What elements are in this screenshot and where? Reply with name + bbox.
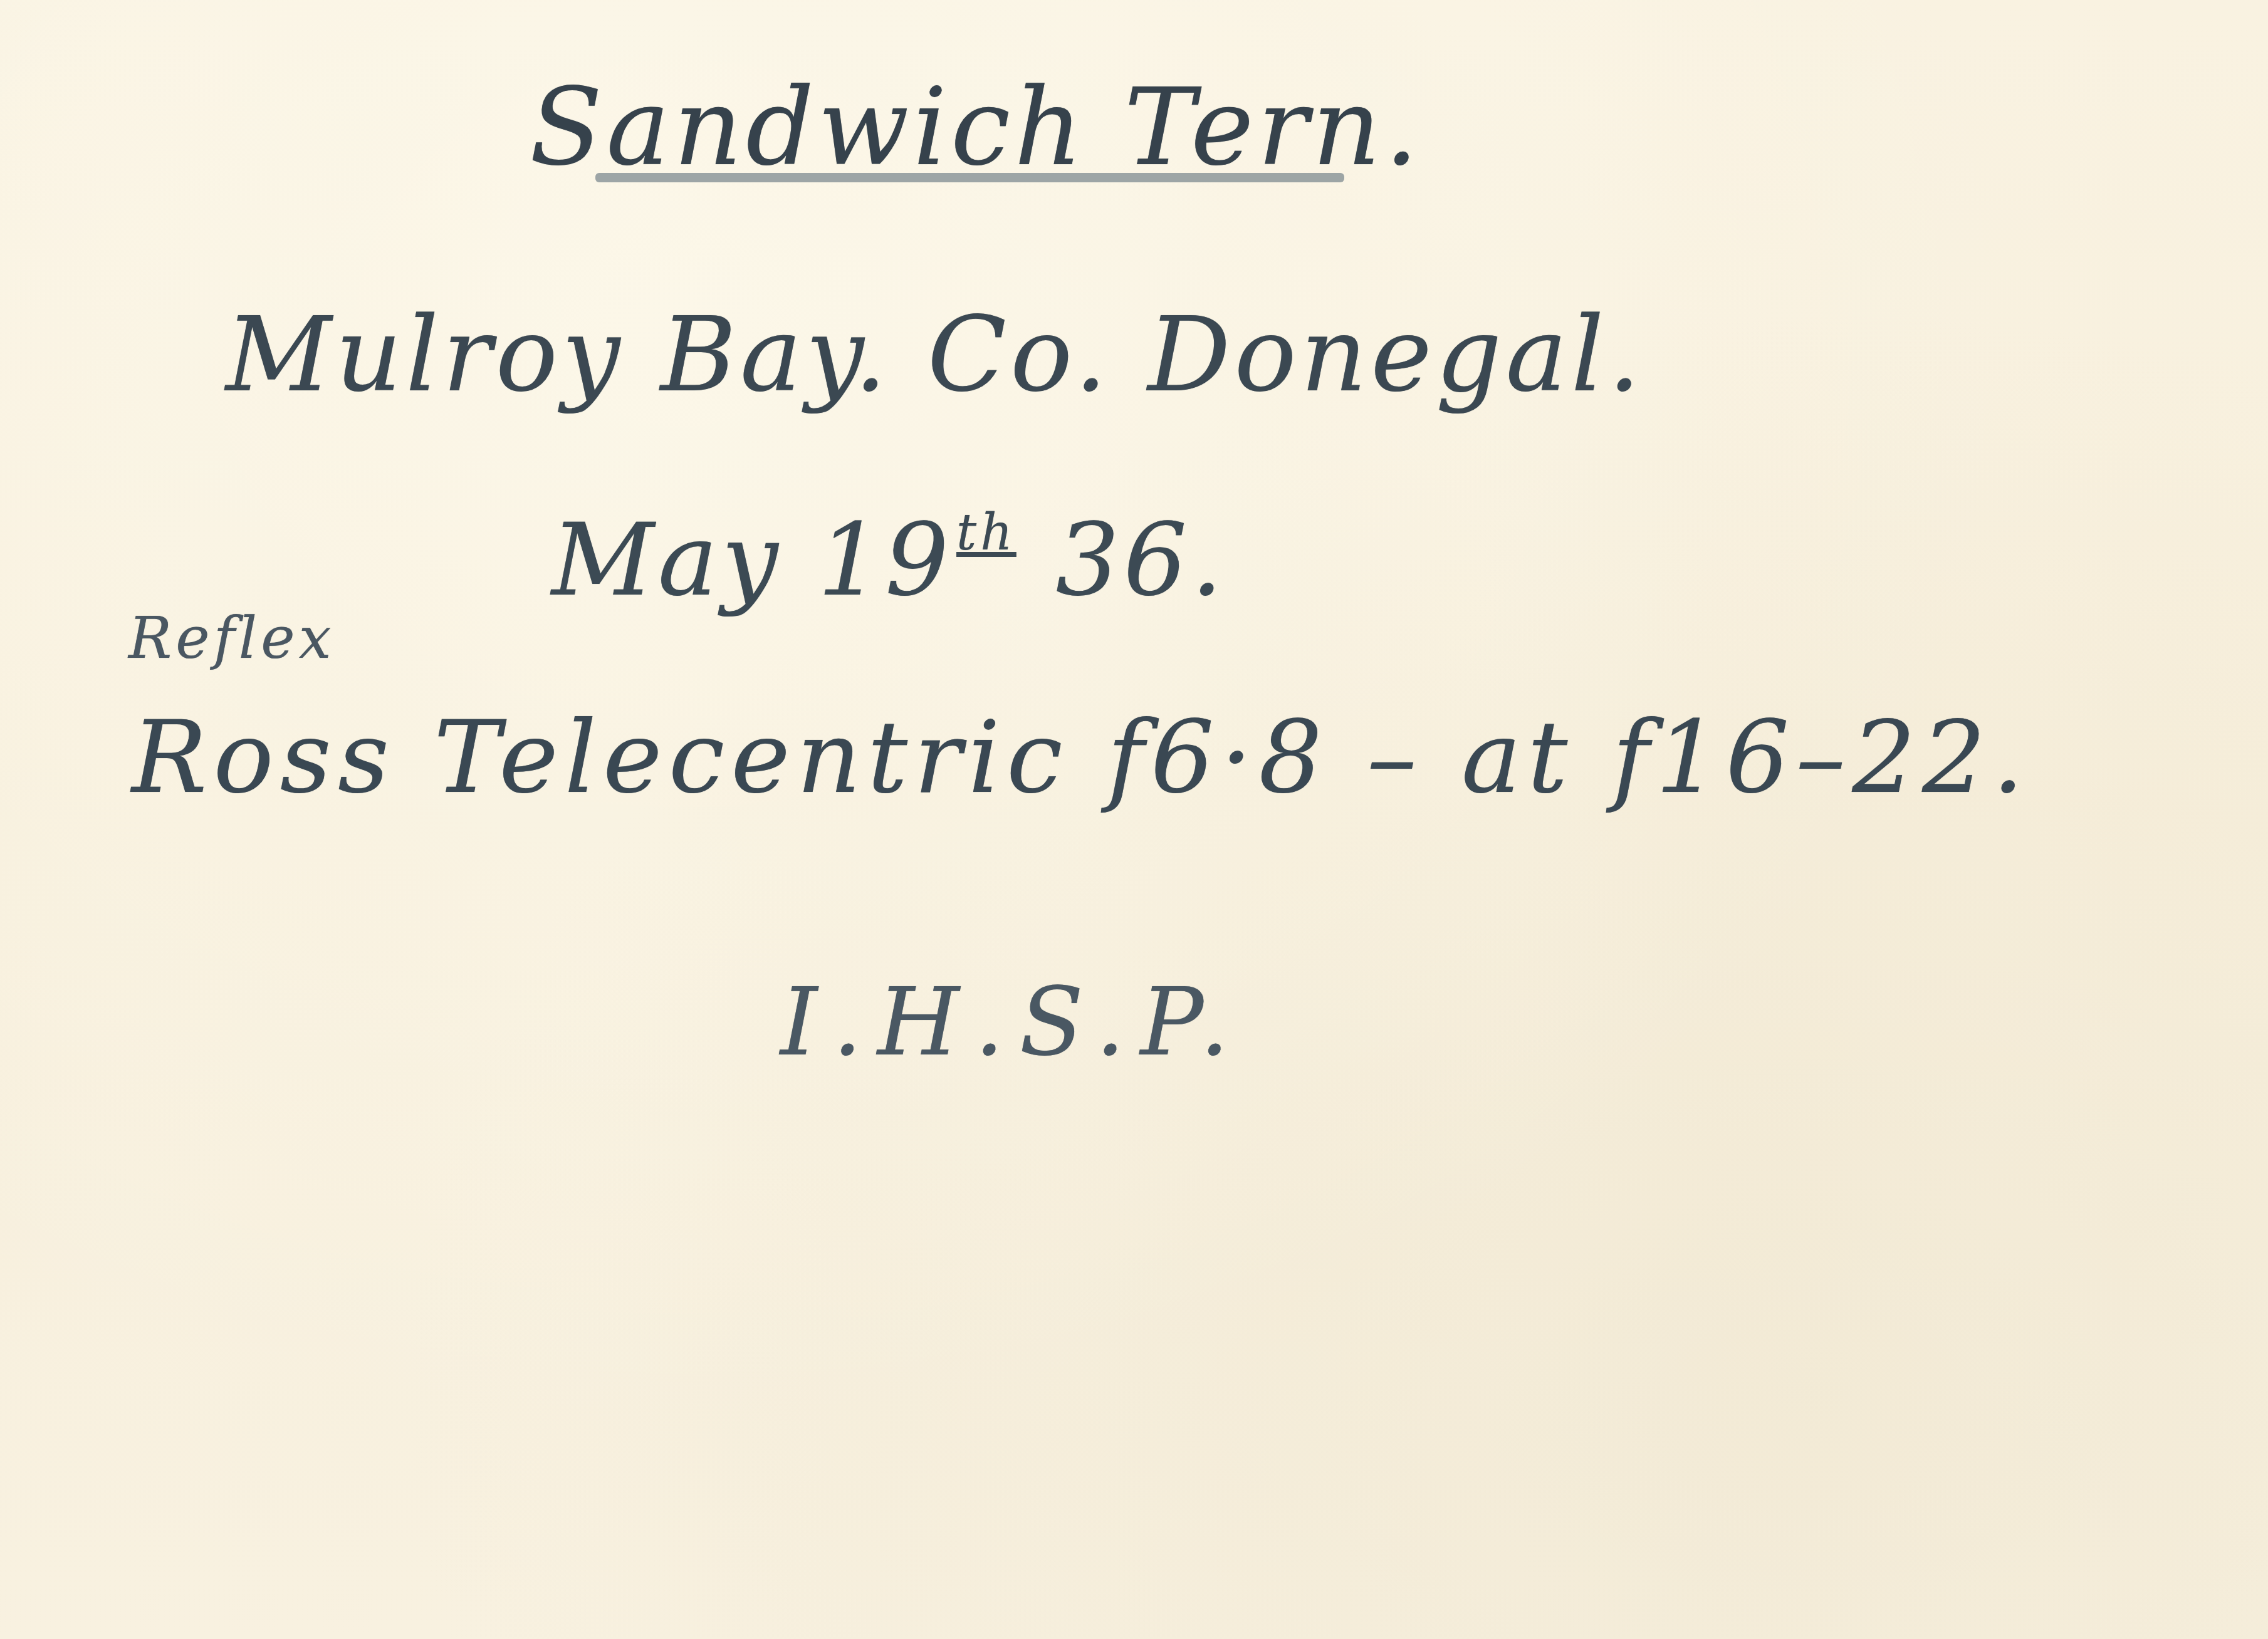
date-month-day: May 19 <box>551 501 953 618</box>
index-card: Sandwich Tern. Mulroy Bay. Co. Donegal. … <box>0 0 2268 1639</box>
date-year: 36. <box>1020 501 1226 618</box>
species-title: Sandwich Tern. <box>530 66 1422 190</box>
date-ordinal: th <box>956 503 1016 561</box>
title-underline <box>595 173 1344 182</box>
date-line: May 19th 36. <box>551 501 1226 618</box>
location-line: Mulroy Bay. Co. Donegal. <box>226 294 1644 415</box>
camera-note: Reflex <box>128 605 335 672</box>
photographer-initials: I.H.S.P. <box>780 968 1245 1077</box>
lens-settings-line: Ross Telecentric f6·8 – at f16–22. <box>132 699 2030 816</box>
